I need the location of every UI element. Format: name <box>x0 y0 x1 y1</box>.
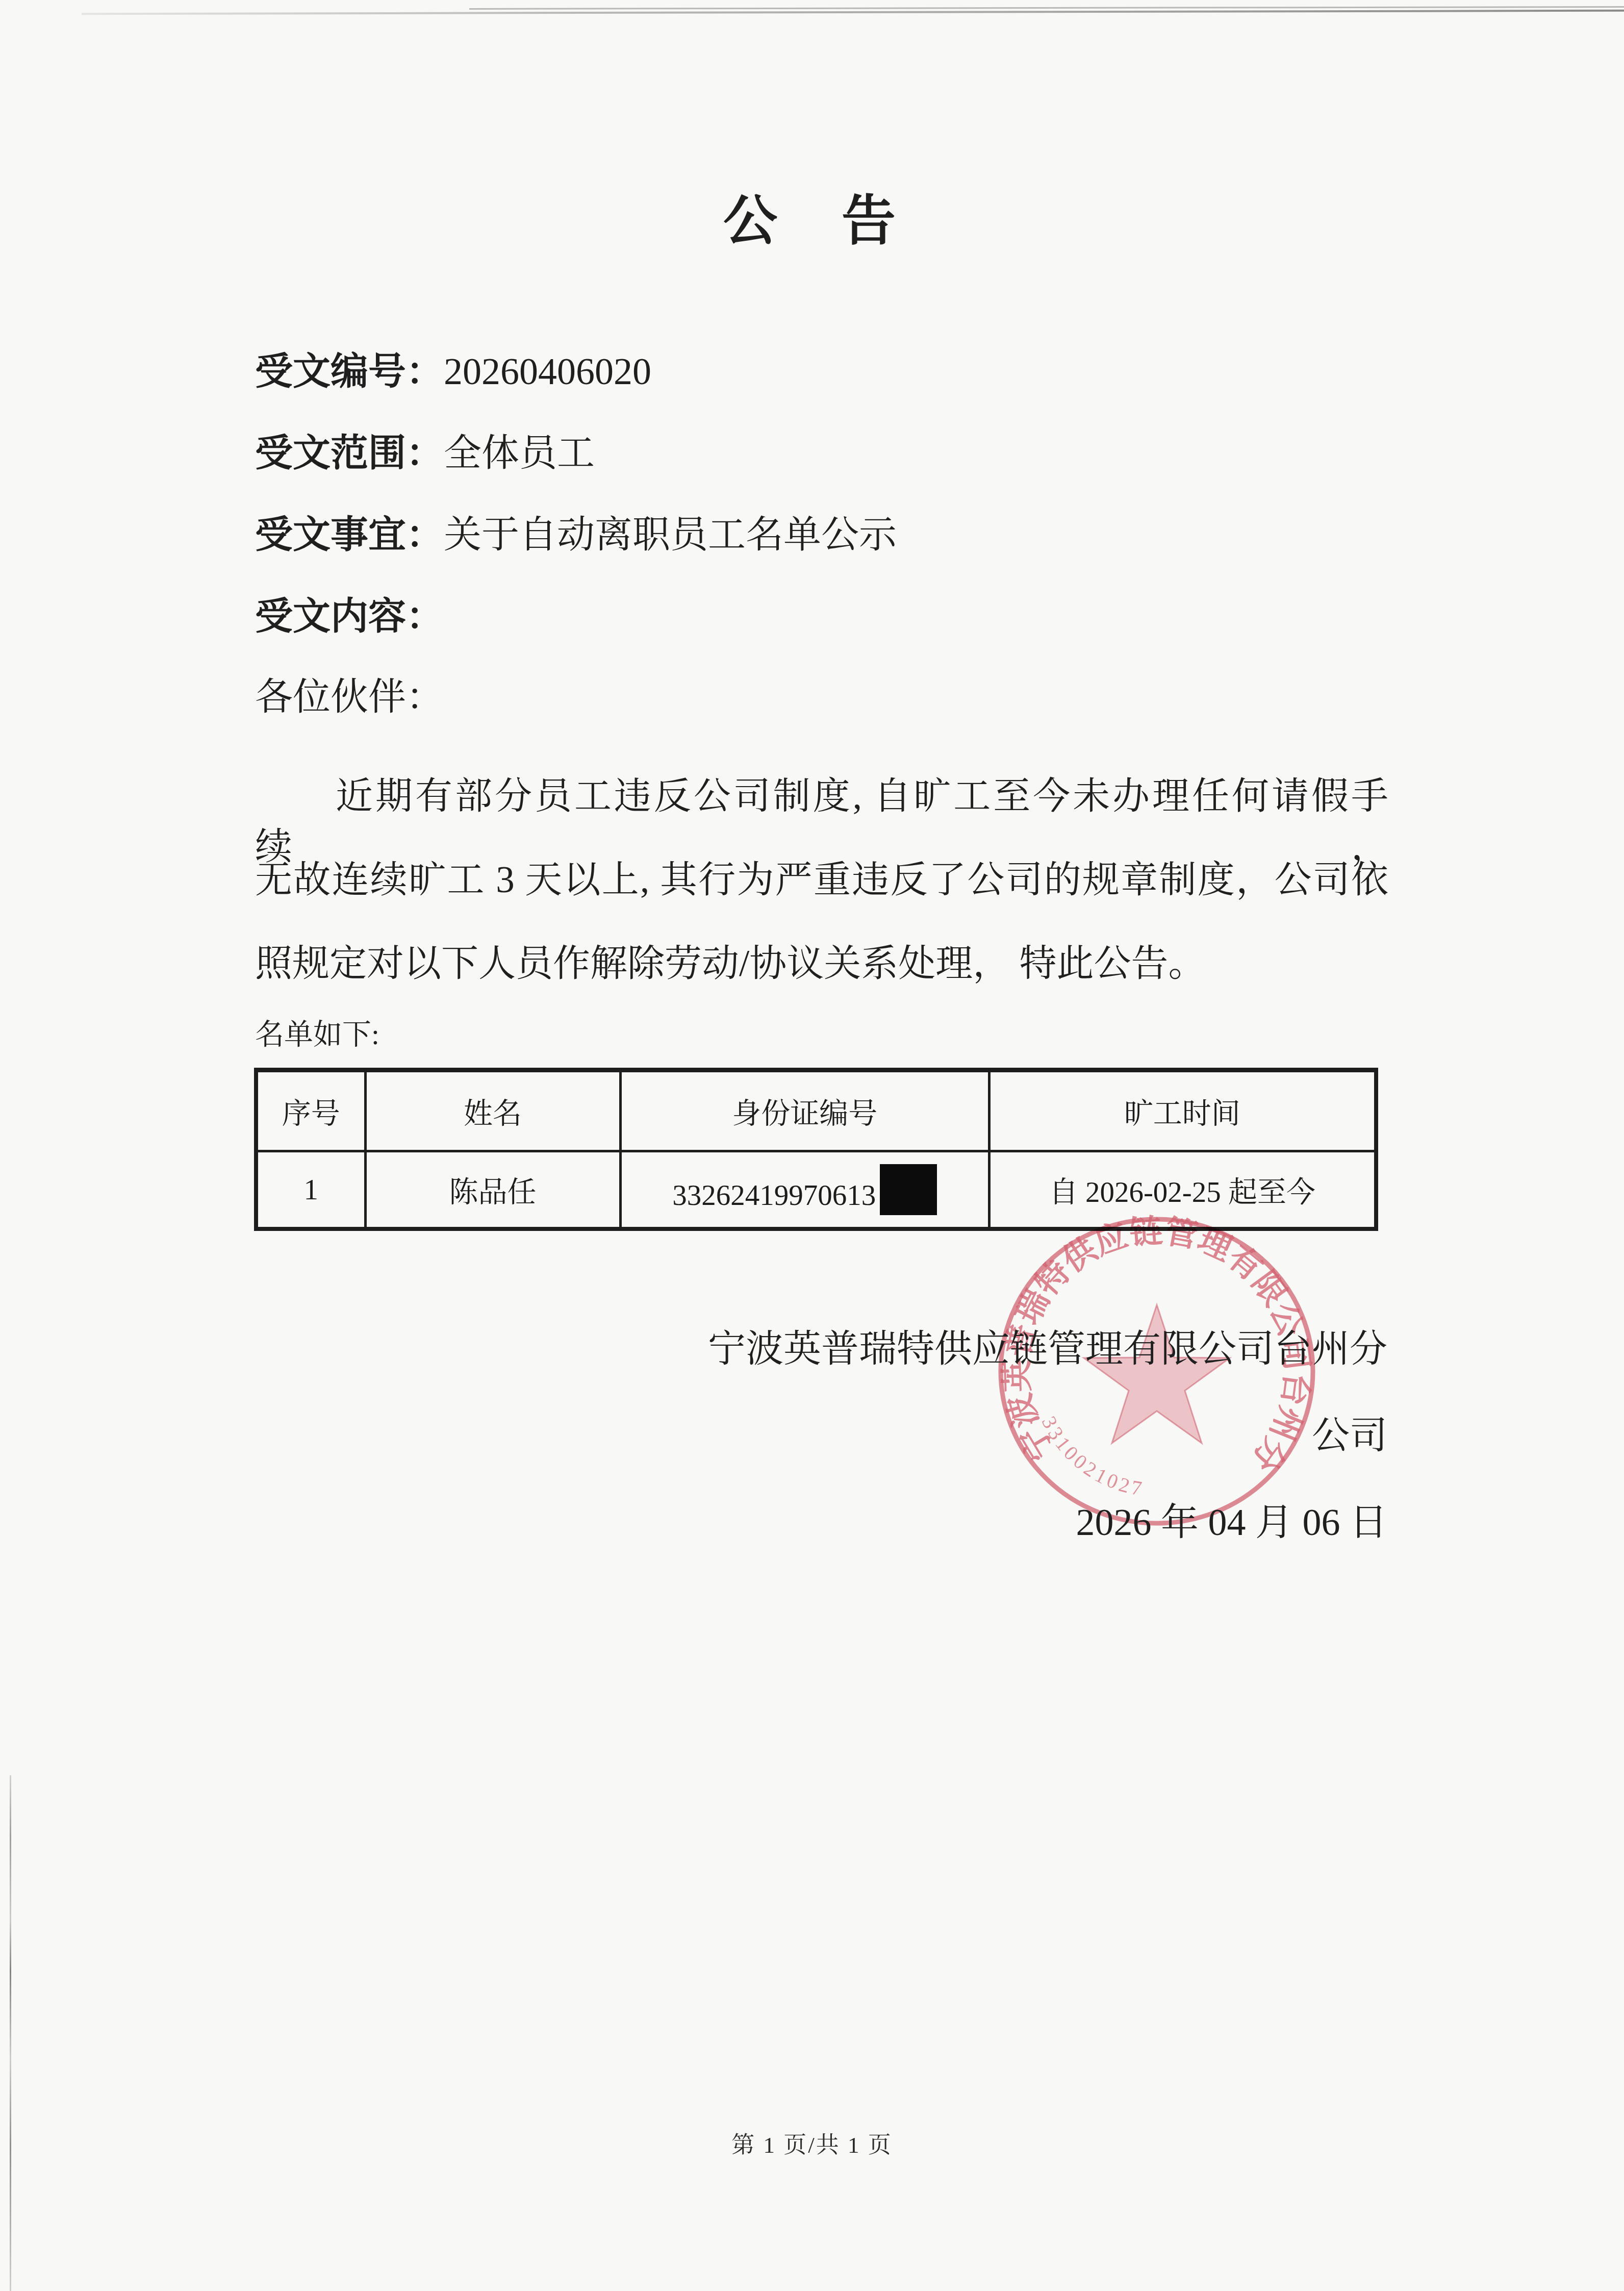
scan-artifact-top-line <box>82 10 1624 15</box>
cell-id-number: 33262419970613 <box>672 1179 876 1212</box>
cell-name: 陈品任 <box>365 1151 620 1229</box>
field-doc-number-label: 受文编号： <box>255 351 444 393</box>
col-header-name: 姓名 <box>365 1070 620 1151</box>
signature-date: 2026 年 04 月 06 日 <box>1076 1504 1388 1542</box>
col-header-index: 序号 <box>256 1070 365 1151</box>
company-seal-stamp: 宁波英普瑞特供应链管理有限公司台州分公司 3310021027 <box>988 1213 1325 1529</box>
page-title: 公 告 <box>0 178 1624 255</box>
field-doc-number-value: 20260406020 <box>444 351 651 393</box>
id-redaction-box <box>880 1164 937 1215</box>
seal-star-icon <box>1084 1305 1230 1443</box>
dismissed-employee-table: 序号 姓名 身份证编号 旷工时间 1 陈品任 33262419970613 自 … <box>254 1068 1378 1231</box>
col-header-id: 身份证编号 <box>620 1070 989 1151</box>
paragraph-line-3: 照规定对以下人员作解除劳动/协议关系处理， 特此公告。 <box>255 939 1388 989</box>
page-number-footer: 第 1 页/共 1 页 <box>0 2126 1624 2159</box>
table-header-row: 序号 姓名 身份证编号 旷工时间 <box>256 1070 1376 1151</box>
signature-company-line1: 宁波英普瑞特供应链管理有限公司台州分 <box>708 1330 1387 1368</box>
field-doc-content-label: 受文内容： <box>255 596 444 638</box>
field-doc-subject: 受文事宜：关于自动离职员工名单公示 <box>255 516 897 554</box>
scan-artifact-top-line-2 <box>469 6 1624 10</box>
field-doc-scope: 受文范围：全体员工 <box>255 435 595 472</box>
list-intro: 名单如下: <box>255 1020 379 1049</box>
field-doc-subject-value: 关于自动离职员工名单公示 <box>444 514 897 556</box>
field-doc-scope-value: 全体员工 <box>444 433 595 474</box>
scan-artifact-left-fold-line <box>10 1775 11 2291</box>
field-doc-number: 受文编号：20260406020 <box>255 353 651 391</box>
field-doc-content: 受文内容： <box>255 598 444 636</box>
cell-id: 33262419970613 <box>620 1151 989 1229</box>
salutation: 各位伙伴： <box>255 678 444 716</box>
paragraph-line-2: 无故连续旷工 3 天以上, 其行为严重违反了公司的规章制度，公司依 <box>255 855 1388 905</box>
field-doc-scope-label: 受文范围： <box>255 433 444 474</box>
scanned-announcement-page: 公 告 受文编号：20260406020 受文范围：全体员工 受文事宜：关于自动… <box>0 0 1624 2291</box>
signature-company-line2: 公司 <box>1312 1417 1387 1455</box>
col-header-absence: 旷工时间 <box>989 1070 1376 1151</box>
field-doc-subject-label: 受文事宜： <box>255 514 444 556</box>
cell-index: 1 <box>256 1151 365 1229</box>
